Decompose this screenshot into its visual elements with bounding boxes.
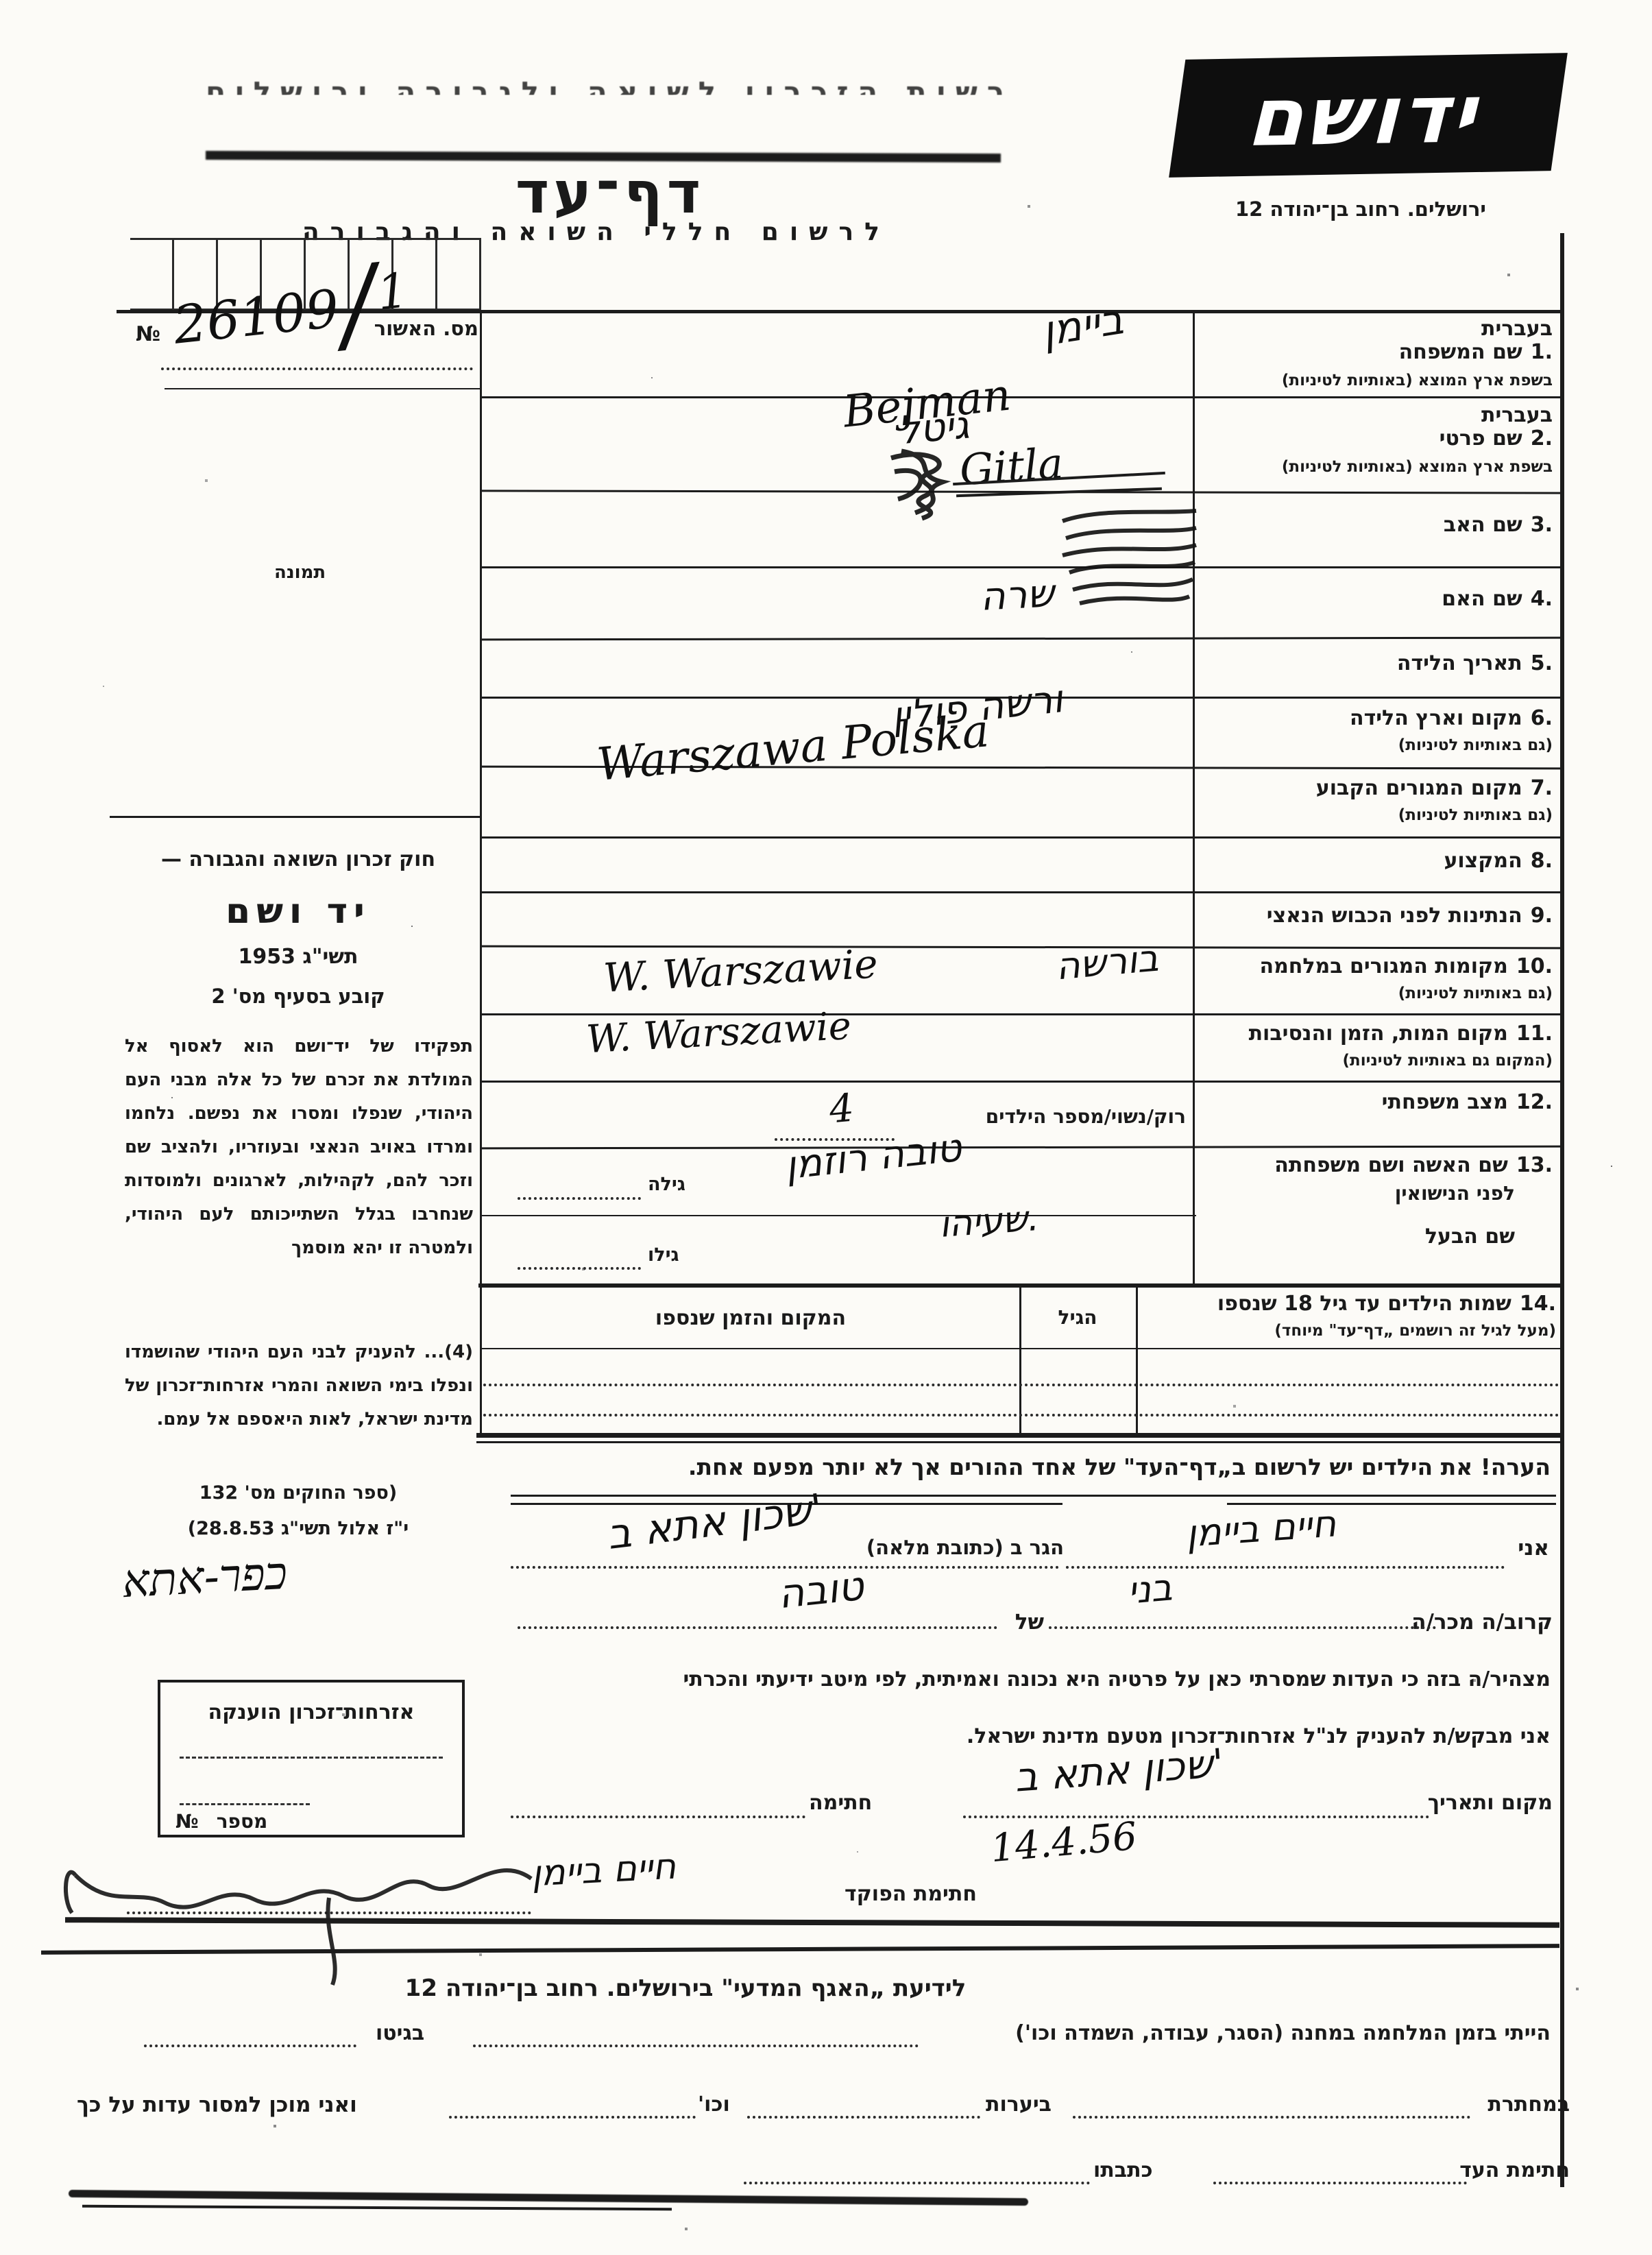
field-12-label: 12.מצב משפחתי <box>1382 1090 1553 1114</box>
sidebar-law-title: חוק זכרון השואה והגבורה — <box>120 847 476 871</box>
entry-place: שכון אתא ב' <box>1013 1739 1225 1800</box>
children-note: הערה! את הילדים יש לרשום ב„דף־העד" של אח… <box>688 1454 1551 1480</box>
field-4-label: 4.שם האם <box>1442 587 1553 611</box>
serial-underline <box>165 388 480 389</box>
entry-registrar-name: חיים ביימן <box>531 1846 677 1895</box>
stamp-box-line-1 <box>180 1757 443 1759</box>
table-divider-right <box>1136 1283 1138 1434</box>
entry-submitter-name: חיים ביימן <box>1185 1502 1337 1555</box>
children-field-label: 14.שמות הילדים עד גיל 18 שנספו <box>1217 1292 1556 1316</box>
field-6-label: 6.מקום וארץ הלידה <box>1350 706 1553 730</box>
field-sep-partial <box>480 1215 1196 1216</box>
camps-dotted <box>473 2045 919 2047</box>
entry-victim-firstname: טובה <box>776 1563 866 1618</box>
stamp-box-number: מספר № <box>175 1810 267 1833</box>
decl-i-label: אני <box>1518 1536 1549 1560</box>
logo-address: ירושלים. רחוב בן־יהודה 12 <box>1165 197 1556 221</box>
signature-scrawl <box>55 1837 535 1988</box>
memorial-citizenship-stamp-box: אזרחות־זכרון הוענקה מספר № <box>158 1680 465 1837</box>
degraded-header-text: רשות הזכרון לשואה ולגבורה ירושלים <box>206 75 1014 109</box>
entry-wife-name: טובה רוזמן <box>783 1126 963 1189</box>
field-sep <box>480 566 1562 568</box>
sidebar-divider <box>480 313 482 1433</box>
entry-death-place-latin: W. Warszawie <box>585 1004 853 1062</box>
his-age-label: גילו <box>648 1244 679 1266</box>
field-9-label: 9.הנתינות לפני הכבוש הנאצי <box>1267 904 1553 928</box>
field-10-label: 10.מקומות המגורים במלחמה <box>1259 954 1553 978</box>
sidebar-year: תשי"ג 1953 <box>120 945 476 969</box>
field-2-label: 2.שם פרטי <box>1440 426 1553 450</box>
bottom-smear-line-thin <box>82 2205 672 2211</box>
sidebar-citation-2: י"ז אלול תשי"ג 28.8.53) <box>120 1518 476 1539</box>
her-age-dotted <box>518 1197 641 1200</box>
decl-dotted-signature <box>511 1816 805 1818</box>
entry-birth-place-latin: Warszawa Polska <box>595 704 991 791</box>
stamp-box-title: אזרחות־זכרון הוענקה <box>160 1700 462 1724</box>
entry-mother: שרה <box>979 571 1055 620</box>
field-sep <box>480 1146 1562 1150</box>
field-1-label: 1.שם המשפחה <box>1399 340 1553 364</box>
decl-dotted-address <box>511 1566 1059 1569</box>
bottom-smear-line <box>69 2190 1028 2206</box>
field-8-label: 8.המקצוע <box>1444 849 1553 873</box>
etc-dotted <box>449 2116 696 2119</box>
witness-address-dotted <box>744 2182 1090 2184</box>
field-sep <box>480 1081 1562 1083</box>
sidebar-citation-1: (ספר החוקים מס' 132 <box>120 1482 476 1504</box>
decl-statement-1: מצהיר/ה בזה כי העדות שמסרתי כאן על פרטיה… <box>683 1667 1551 1691</box>
table-row-line <box>483 1384 1559 1386</box>
field-7-sub: (גם באותיות לטיניות) <box>1398 806 1553 824</box>
etc-label: וכו' <box>698 2093 730 2117</box>
decl-dotted-relative <box>1049 1626 1436 1629</box>
crossout-scribble-loops <box>1059 504 1200 607</box>
decl-place-date-label: מקום ותאריך <box>1428 1791 1553 1815</box>
marital-line-label: רוק/נשוי/מספר הילדים <box>986 1105 1186 1128</box>
field-7-label: 7.מקום המגורים הקבוע <box>1316 776 1553 800</box>
stamp-box-line-2 <box>180 1803 310 1805</box>
sidebar-brand: יד ושם <box>120 891 476 931</box>
table-row-line <box>483 1414 1559 1416</box>
field-1-pre: בעברית <box>1481 317 1553 341</box>
witness-signature-dotted <box>1213 2182 1467 2184</box>
entry-war-residence-latin: W. Warszawie <box>602 941 879 1002</box>
scientific-branch-notice: לידיעת „האגף המדעי" בירושלים. רחוב בן־יה… <box>370 1975 1001 2002</box>
photo-label: תמונה <box>274 562 326 583</box>
labels-divider <box>1193 313 1195 1283</box>
decl-statement-2: אני מבקש/ת להעניק לנ"ל אזרחות־זכרון מטעם… <box>967 1724 1551 1748</box>
decl-of-label: של <box>1015 1610 1044 1635</box>
serial-dotted-line <box>161 367 473 370</box>
testify-label: ואני מוכן למסור עדות על כך <box>77 2093 357 2117</box>
decl-dotted-of <box>518 1626 997 1629</box>
sidebar-paragraph-2: (4)... להעניק לבני העם היהודי שהושמדו ונ… <box>125 1336 473 1436</box>
crossout-scribble-blob <box>884 444 967 523</box>
field-sep <box>480 836 1562 839</box>
underground-label: במחתרת <box>1487 2093 1570 2117</box>
his-age-dotted <box>518 1267 641 1270</box>
forests-dotted <box>747 2116 980 2119</box>
field-10-sub: (גם באותיות לטיניות) <box>1398 985 1553 1002</box>
sidebar-top-rule <box>110 816 480 818</box>
field-1-sub: בשפת ארץ המוצא (באותיות לטיניות) <box>1282 372 1553 389</box>
field-11-sub: (המקום גם באותיות לטיניות) <box>1343 1052 1553 1070</box>
note-underline-1 <box>511 1495 1556 1497</box>
registrar-signature-label: חתימת הפוקד <box>845 1882 977 1906</box>
field-sep <box>480 945 1562 950</box>
husband-label: שם הבעל <box>1425 1225 1515 1249</box>
col-age-header: הגיל <box>1019 1306 1136 1329</box>
entry-children-count: 4 <box>827 1086 855 1133</box>
scan-noise <box>0 0 1 1</box>
field-11-label: 11.מקום המות, הזמן והנסיבות <box>1249 1022 1553 1046</box>
decl-signature-label: חתימה <box>809 1791 872 1815</box>
field-2-pre: בעברית <box>1481 403 1553 427</box>
decl-dotted-place <box>963 1816 1429 1818</box>
entry-first-latin: Gitla <box>958 438 1065 495</box>
entry-family-hebrew: ביימן <box>1038 296 1126 356</box>
right-outer-border <box>1560 233 1564 2187</box>
testimony-page-scan: רשות הזכרון לשואה ולגבורה ירושלים דף־עד … <box>0 0 1652 2255</box>
field-3-label: 3.שם האב <box>1444 513 1553 537</box>
note-underline-2b <box>1227 1503 1556 1505</box>
sidebar-clause: קובע בסעיף מס' 2 <box>120 985 476 1008</box>
entry-date: 14.4.56 <box>989 1814 1139 1871</box>
col-place-header: המקום והזמן שנספו <box>483 1306 1018 1330</box>
underground-dotted <box>1073 2116 1470 2119</box>
decl-relative-label: קרוב/ה מכר/ה <box>1411 1610 1553 1635</box>
field-sep <box>480 891 1562 893</box>
witness-address-label: כתבתו <box>1093 2158 1153 2182</box>
field-2-sub: בשפת ארץ המוצא (באותיות לטיניות) <box>1282 458 1553 476</box>
ghetto-dotted <box>144 2045 356 2047</box>
yad-vashem-logo-text: ידושם <box>1241 66 1495 165</box>
yad-vashem-logo: ידושם <box>1169 53 1568 178</box>
ghetto-label: בגיטו <box>376 2021 424 2045</box>
field-6-sub: (גם באותיות לטיניות) <box>1398 736 1553 754</box>
entry-husband-name: שעיהו. <box>938 1198 1041 1246</box>
field-sep <box>480 396 1562 398</box>
entry-town: כפר-אתא <box>121 1547 289 1609</box>
serial-no-sign: № <box>136 322 160 346</box>
table-bottom-border <box>476 1433 1563 1438</box>
her-age-label: גילה <box>648 1174 685 1195</box>
decl-resident-label: הגר ב (כתובת מלאה) <box>866 1536 1064 1559</box>
sidebar-paragraph-1: תפקידו של יד־ושם הוא לאסוף אל המולדת את … <box>125 1030 473 1265</box>
table-header-bottom <box>480 1348 1562 1349</box>
witness-signature-label: חתימת העד <box>1459 2158 1570 2182</box>
field-13-sub: לפני הנישואין <box>1395 1182 1515 1205</box>
entry-relation: בני <box>1126 1565 1174 1612</box>
table-bottom-border-echo <box>476 1441 1563 1443</box>
field-sep <box>480 637 1562 641</box>
forests-label: ביערות <box>986 2093 1052 2117</box>
page-title: דף־עד <box>425 159 795 226</box>
camps-label: הייתי בזמן המלחמה במחנה (הסגר, עבודה, הש… <box>1015 2021 1551 2045</box>
children-field-sub: (מעל לגיל זה רושמים „דף־עד" מיוחד) <box>1274 1322 1556 1340</box>
field-13-label: 13.שם האשה ושם משפחתה <box>1274 1153 1553 1177</box>
entry-war-residence-hebrew: בורשה <box>1054 937 1161 989</box>
field-5-label: 5.תאריך הלידה <box>1397 651 1553 675</box>
